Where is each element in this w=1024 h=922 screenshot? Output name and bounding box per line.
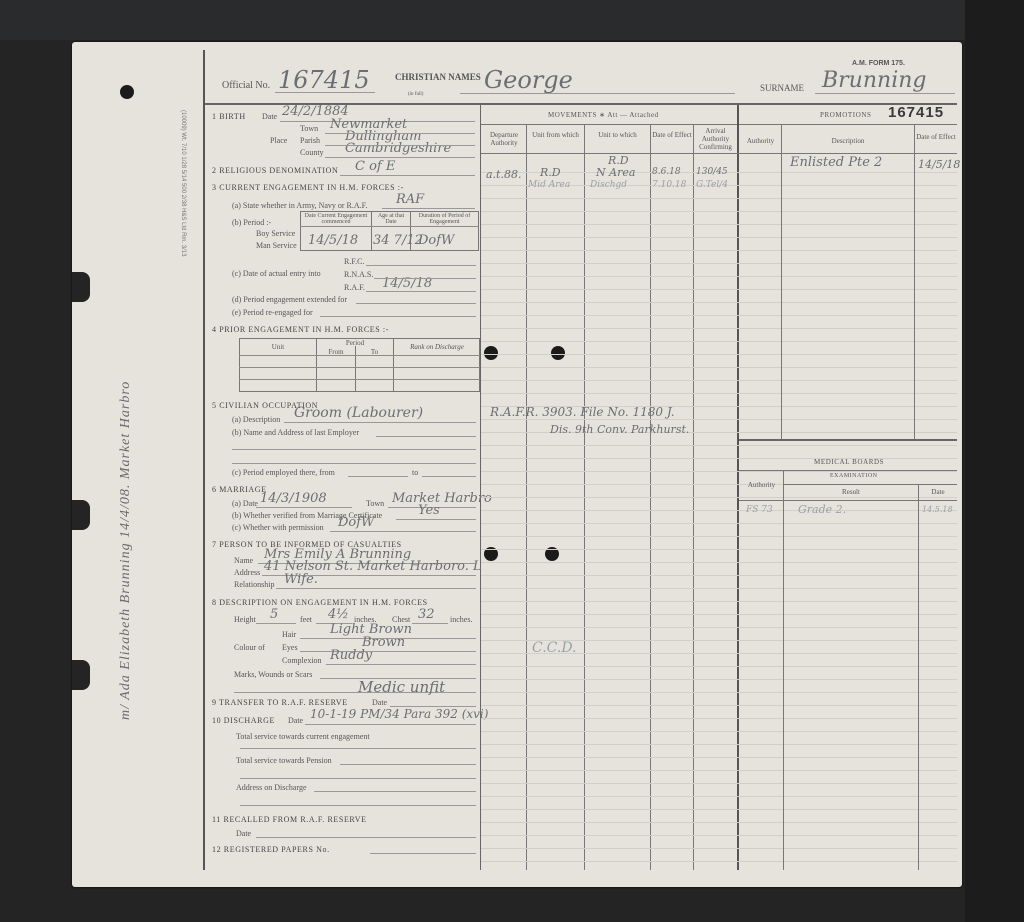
rnas-label: R.N.A.S. (344, 270, 373, 279)
medical-row1-authority: FS 73 (746, 505, 773, 515)
movement-row2-from: Mid Area (528, 180, 570, 190)
printer-note: (10009) Wt. 7/10 1/28 5/14 500 2/38 H&S … (180, 110, 186, 256)
marriage-certificate-value: Yes (418, 503, 440, 518)
rule (239, 367, 480, 368)
contact-address-label: Address (234, 568, 260, 577)
promotion-row1-description: Enlisted Pte 2 (790, 155, 882, 170)
movement-row2-date: 7.10.18 (652, 180, 686, 190)
rule (240, 805, 476, 806)
movement-row1-date: 8.6.18 (652, 167, 681, 177)
ruled-lines (481, 160, 957, 870)
rule (918, 484, 919, 870)
rule (240, 778, 476, 779)
section-birth: 1 BIRTH (212, 112, 246, 121)
civilian-c-label: (c) Period employed there, from (232, 468, 335, 477)
movements-note-raf-reserve: R.A.F.R. 3903. File No. 1180 J. (490, 405, 675, 419)
rule (382, 208, 475, 209)
man-service-date: 14/5/18 (308, 233, 358, 248)
background-binder-spine (965, 0, 1024, 922)
promotions-col-authority: Authority (740, 137, 781, 145)
rule (320, 316, 476, 317)
medical-boards-title: MEDICAL BOARDS (814, 458, 884, 466)
rule (276, 588, 476, 589)
promotions-col-description: Description (782, 137, 914, 145)
rule (232, 449, 476, 450)
christian-names-value: George (484, 66, 573, 94)
rule (256, 507, 352, 508)
period-label: (b) Period :- (232, 218, 271, 227)
rule (232, 463, 476, 464)
colour-label: Colour of (234, 643, 265, 652)
christian-names-label: CHRISTIAN NAMES (395, 73, 455, 82)
rule (325, 157, 475, 158)
rule (784, 484, 957, 485)
rule (330, 531, 476, 532)
movements-note-discharge: Dis. 9th Conv. Parkhurst. (550, 423, 689, 436)
rfc-label: R.F.C. (344, 257, 364, 266)
movements-col-departure: Departure Authority (482, 131, 526, 147)
raf-label: R.A.F. (344, 283, 365, 292)
medical-col-result: Result (784, 488, 918, 496)
period-col-duration: Duration of Period of Engagement (411, 213, 478, 225)
rule (240, 748, 476, 749)
section-description: 8 DESCRIPTION ON ENGAGEMENT IN H.M. FORC… (212, 598, 428, 607)
marriage-town-label: Town (366, 499, 384, 508)
period-col-date: Date Current Engagement commenced (302, 213, 370, 225)
marriage-date-label: (a) Date (232, 499, 258, 508)
contact-name-label: Name (234, 556, 253, 565)
rule (256, 623, 296, 624)
medical-row1-date: 14.5.18 (922, 505, 953, 514)
rule (356, 303, 476, 304)
total-current-label: Total service towards current engagement (236, 732, 370, 741)
section-marriage: 6 MARRIAGE (212, 485, 267, 494)
engagement-a-value: RAF (396, 192, 424, 207)
medical-col-authority: Authority (740, 481, 783, 489)
movement-row1-to: N Area (596, 166, 635, 179)
marriage-town-value: Market Harbro (392, 491, 492, 506)
rule (326, 664, 476, 665)
reengaged-label: (e) Period re-engaged for (232, 308, 313, 317)
movements-col-unit-from: Unit from which (527, 131, 584, 139)
prior-col-period: Period (317, 339, 393, 347)
rule (370, 853, 476, 854)
rule (305, 724, 476, 725)
section-discharge: 10 DISCHARGE (212, 716, 275, 725)
complexion-label: Complexion (282, 656, 322, 665)
rule (781, 124, 782, 440)
movements-title: MOVEMENTS ∗ Att — Attached (548, 111, 659, 119)
movement-row1-authority: a.t.88. (486, 168, 521, 181)
rule (481, 124, 737, 125)
contact-relationship-label: Relationship (234, 580, 274, 589)
medically-unfit-annotation: Medic unfit (358, 678, 445, 696)
official-no-label: Official No. (222, 80, 270, 91)
movements-col-arrival: Arrival Authority Confirming (694, 127, 737, 151)
promotion-row1-date: 14/5/18 (918, 158, 960, 171)
binder-tab-cut (72, 272, 90, 302)
rule (256, 837, 476, 838)
civilian-c-to: to (412, 468, 418, 477)
background-top (0, 0, 1024, 40)
movement-row1-arrival: 130/45 (696, 167, 728, 177)
prior-col-from: From (317, 348, 355, 356)
civilian-a-value: Groom (Labourer) (294, 405, 423, 421)
christian-names-sub: (in full) (408, 92, 423, 97)
christian-names-rule (460, 93, 735, 94)
surname-value: Brunning (822, 68, 926, 93)
movements-note-ccd: C.C.D. (532, 640, 577, 656)
contact-relationship-value: Wife. (284, 572, 318, 587)
total-pension-label: Total service towards Pension (236, 756, 332, 765)
section-current-engagement: 3 CURRENT ENGAGEMENT IN H.M. FORCES :- (212, 183, 404, 192)
rule (284, 422, 476, 423)
rule (422, 476, 476, 477)
height-feet-value: 5 (270, 607, 278, 622)
chest-value: 32 (418, 607, 435, 622)
promotions-col-date: Date of Effect (915, 133, 957, 141)
rule (314, 791, 476, 792)
official-no-value: 167415 (278, 66, 370, 94)
discharge-date-value: 10-1-19 PM/34 Para 392 (xvi) (310, 707, 488, 721)
medical-row1-result: Grade 2. (798, 503, 846, 516)
prior-col-rank: Rank on Discharge (394, 343, 480, 351)
official-no-rule (275, 92, 375, 93)
eyes-label: Eyes (282, 643, 298, 652)
discharge-date-label: Date (288, 716, 303, 725)
entry-date-label: (c) Date of actual entry into (232, 269, 321, 278)
height-label: Height (234, 615, 256, 624)
birth-parish-label: Parish (300, 136, 320, 145)
rule (412, 623, 448, 624)
rule (739, 124, 957, 125)
recalled-date-label: Date (236, 829, 251, 838)
official-no-stamp: 167415 (888, 104, 944, 121)
complexion-value: Ruddy (330, 648, 372, 663)
rule (374, 278, 476, 279)
man-service-age: 34 7/12 (373, 233, 423, 248)
rule (340, 764, 476, 765)
rule (739, 470, 957, 471)
hair-label: Hair (282, 630, 296, 639)
rule (396, 519, 476, 520)
discharge-address-label: Address on Discharge (236, 783, 307, 792)
birth-county-label: County (300, 148, 324, 157)
rule (340, 175, 475, 176)
surname-label: SURNAME (760, 83, 804, 93)
extended-label: (d) Period engagement extended for (232, 295, 347, 304)
rule (325, 133, 475, 134)
rule (325, 145, 475, 146)
surname-rule (815, 93, 955, 94)
birth-place-label: Place (270, 136, 287, 145)
height-inches-value: 4½ (328, 607, 349, 622)
rule (739, 500, 957, 501)
medical-col-date: Date (919, 488, 957, 496)
period-col-age: Age at that Date (372, 213, 410, 225)
boy-service-label: Boy Service (256, 229, 295, 238)
transfer-date-label: Date (372, 698, 387, 707)
marks-label: Marks, Wounds or Scars (234, 670, 312, 679)
margin-annotation: m/ Ada Elizabeth Brunning 14/4/08. Marke… (118, 381, 134, 720)
rule (481, 153, 957, 154)
prior-col-to: To (356, 348, 393, 356)
man-service-label: Man Service (256, 241, 297, 250)
rule (348, 476, 408, 477)
form-code: A.M. FORM 175. (852, 60, 905, 67)
movement-row2-to: Dischgd (590, 180, 627, 190)
rule (300, 651, 476, 652)
birth-town-label: Town (300, 124, 318, 133)
rule (376, 436, 476, 437)
rule (300, 226, 479, 227)
birth-date-label: Date (262, 112, 277, 121)
movement-row2-arrival: G.Tel/4 (696, 180, 728, 190)
birth-county-value: Cambridgeshire (345, 141, 451, 156)
section-recalled: 11 RECALLED FROM R.A.F. RESERVE (212, 815, 367, 824)
rule (914, 124, 915, 440)
rule (366, 265, 476, 266)
feet-label: feet (300, 615, 312, 624)
promotions-title: PROMOTIONS (820, 111, 872, 119)
engagement-a-label: (a) State whether in Army, Navy or R.A.F… (232, 201, 367, 210)
movements-col-unit-to: Unit to which (585, 131, 650, 139)
chest-inches-label: inches. (450, 615, 472, 624)
left-column-border (203, 50, 205, 870)
section-transfer: 9 TRANSFER TO R.A.F. RESERVE (212, 698, 348, 707)
civilian-a-label: (a) Description (232, 415, 280, 424)
marriage-date-value: 14/3/1908 (260, 491, 327, 506)
prior-col-unit: Unit (240, 343, 316, 351)
movements-col-date: Date of Effect (651, 131, 693, 139)
section-religion: 2 RELIGIOUS DENOMINATION (212, 166, 338, 175)
rule (783, 470, 784, 870)
punch-hole (120, 85, 134, 99)
examination-label: EXAMINATION (830, 473, 878, 479)
rule (239, 379, 480, 380)
man-service-duration: DofW (418, 233, 454, 248)
binder-tab-cut (72, 500, 90, 530)
civilian-b-label: (b) Name and Address of last Employer (232, 428, 359, 437)
rule (366, 291, 476, 292)
religion-value: C of E (355, 159, 395, 174)
binder-tab-cut (72, 660, 90, 690)
movement-row1-from: R.D (540, 166, 561, 179)
marriage-permission-label: (c) Whether with permission (232, 523, 324, 532)
section-registered-papers: 12 REGISTERED PAPERS No. (212, 845, 330, 854)
marriage-permission-value: DofW (338, 515, 374, 530)
rule (739, 439, 957, 441)
section-prior-engagement: 4 PRIOR ENGAGEMENT IN H.M. FORCES :- (212, 325, 389, 334)
